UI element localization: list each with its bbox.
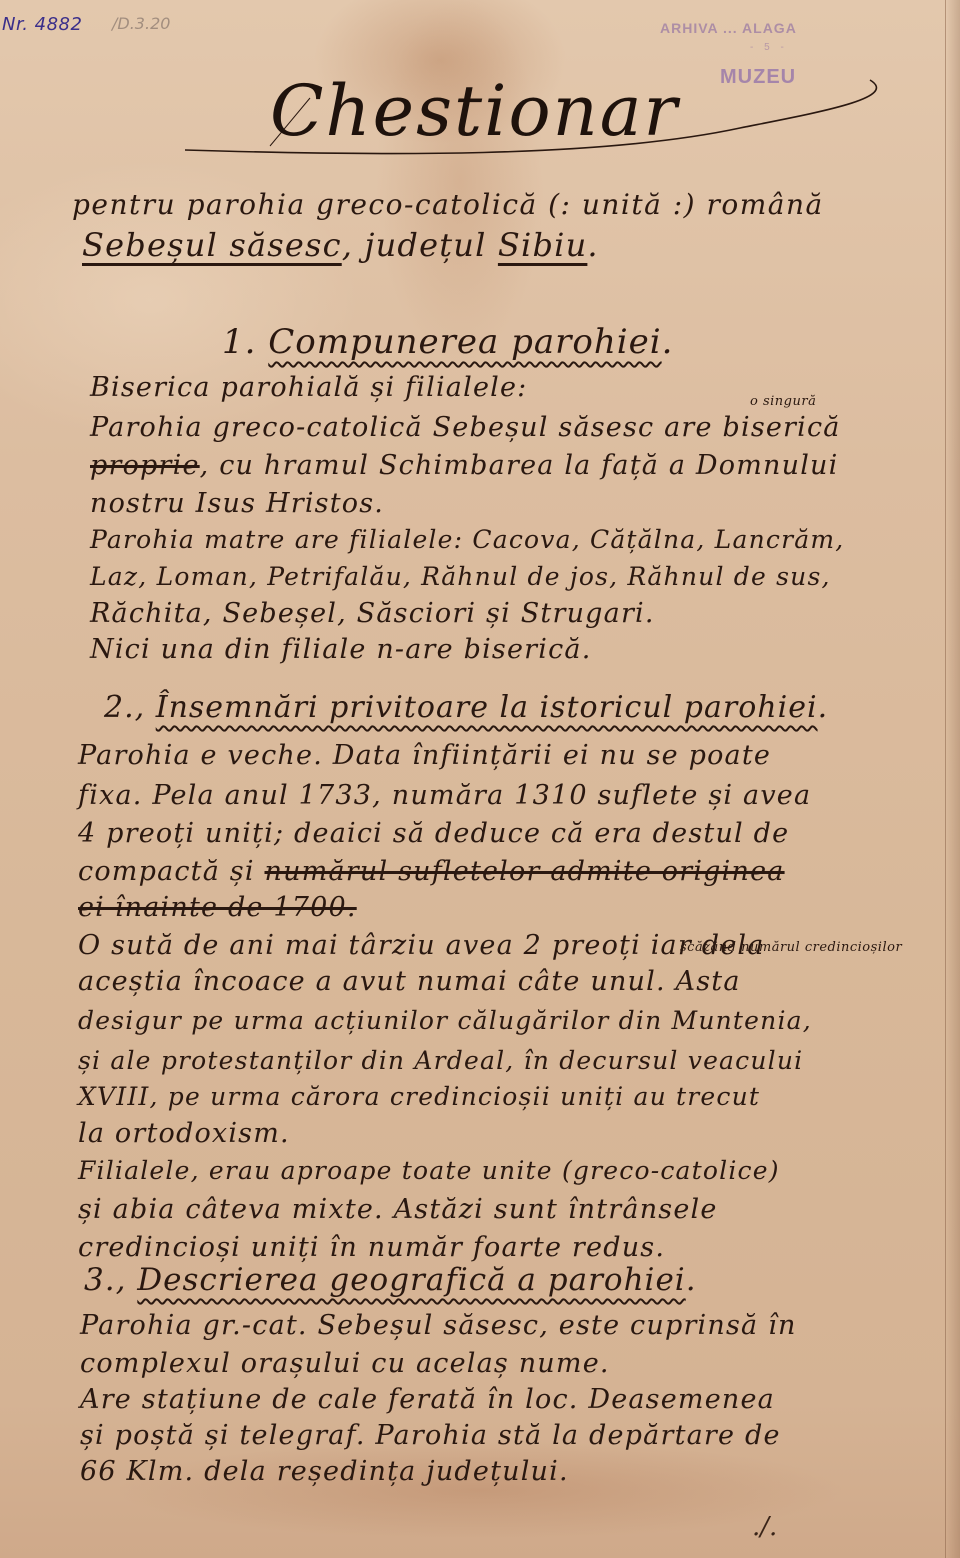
section-2-number: 2., [104, 690, 145, 725]
section-3-line-5: 66 Klm. dela reședința județului. [80, 1456, 569, 1487]
subtitle-mid: , județul [342, 226, 498, 264]
section-1-line-3: nostru Isus Hristos. [90, 488, 384, 519]
section-3-heading: 3., Descrierea geografică a parohiei. [84, 1262, 697, 1298]
inventory-number: Nr. 4882 [2, 14, 82, 35]
section-2-line-13: credincioși uniți în număr foarte redus. [78, 1232, 665, 1263]
stamp-line-2: - 5 - [750, 42, 788, 53]
struck-word: proprie [90, 450, 200, 481]
inventory-extra: /D.3.20 [112, 14, 170, 33]
section-2-line-10: la ortodoxism. [78, 1118, 290, 1149]
section-2-line-7: desigur pe urma acțiunilor călugărilor d… [78, 1006, 812, 1035]
section-2-line-8: și ale protestanților din Ardeal, în dec… [78, 1046, 803, 1075]
document-page: Nr. 4882 /D.3.20 ARHIVA ... ALAGA - 5 - … [0, 0, 960, 1558]
section-1-line-1: Parohia greco-catolică Sebeșul săsesc ar… [90, 412, 841, 443]
document-title: Chestionar [270, 70, 679, 152]
section-1-number: 1. [222, 322, 256, 362]
section-2-title: Însemnări privitoare la istoricul parohi… [156, 690, 818, 725]
end-mark: ./. [752, 1512, 777, 1542]
stamp-line-1: ARHIVA ... ALAGA [660, 20, 940, 36]
subtitle-line-2: Sebeșul săsesc, județul Sibiu. [82, 226, 599, 264]
section-1-period: . [662, 322, 674, 362]
struck-text-1: numărul sufletelor admite originea [265, 856, 785, 887]
section-2-line-3: 4 preoți uniți; deaici să deduce că era … [78, 818, 789, 849]
section-2-line-6: aceștia încoace a avut numai câte unul. … [78, 966, 741, 997]
section-1-line-6: Răchita, Sebeșel, Săsciori și Strugari. [90, 598, 655, 629]
section-3-number: 3., [84, 1262, 126, 1298]
section-2-line-2: fixa. Pela anul 1733, număra 1310 suflet… [78, 780, 811, 811]
struck-text-2: ei înainte de 1700. [78, 892, 357, 923]
section-2-line-12: și abia câteva mixte. Astăzi sunt întrân… [78, 1194, 718, 1225]
section-3-line-3: Are stațiune de cale ferată în loc. Deas… [80, 1384, 775, 1415]
section-2-line-4-text: compactă și [78, 856, 255, 887]
section-3-title: Descrierea geografică a parohiei [137, 1262, 685, 1298]
section-1-line-2-text: cu hramul Schimbarea la față a Domnului [219, 450, 838, 481]
section-2-heading: 2., Însemnări privitoare la istoricul pa… [104, 690, 828, 725]
section-2-line-5: O sută de ani mai târziu avea 2 preoți i… [78, 930, 765, 961]
section-3-line-4: și poștă și telegraf. Parohia stă la dep… [80, 1420, 781, 1451]
section-1-title: Compunerea parohiei [268, 322, 661, 362]
section-1-line-7: Nici una din filiale n-are biserică. [90, 634, 592, 665]
section-2-line-4: compactă și numărul sufletelor admite or… [78, 856, 785, 887]
section-1-line-4: Parohia matre are filialele: Cacova, Căț… [90, 525, 844, 554]
county-name: Sibiu [498, 226, 587, 264]
insertion-note-1: o singură [750, 394, 816, 409]
section-1-subheading: Biserica parohială și filialele: [90, 372, 527, 403]
subtitle-end: . [587, 226, 598, 264]
section-1-heading: 1. Compunerea parohiei. [222, 322, 673, 362]
section-2-line-1: Parohia e veche. Data înființării ei nu … [78, 740, 771, 771]
section-2-period: . [818, 690, 829, 725]
section-3-line-2: complexul orașului cu acelaș nume. [80, 1348, 610, 1379]
subtitle-line-1: pentru parohia greco-catolică (: unită :… [72, 188, 824, 221]
section-1-line-5: Laz, Loman, Petrifalău, Răhnul de jos, R… [90, 562, 831, 591]
parish-name: Sebeșul săsesc [82, 226, 342, 264]
insertion-note-2: scăzând numărul credincioșilor [680, 940, 902, 955]
section-3-period: . [686, 1262, 697, 1298]
section-2-line-11: Filialele, erau aproape toate unite (gre… [78, 1156, 780, 1185]
paper-edge [945, 0, 960, 1558]
section-2-line-9: XVIII, pe urma cărora credincioșii uniți… [78, 1082, 760, 1111]
section-3-line-1: Parohia gr.-cat. Sebeșul săsesc, este cu… [80, 1310, 797, 1341]
section-1-line-2: proprie, cu hramul Schimbarea la față a … [90, 450, 838, 481]
